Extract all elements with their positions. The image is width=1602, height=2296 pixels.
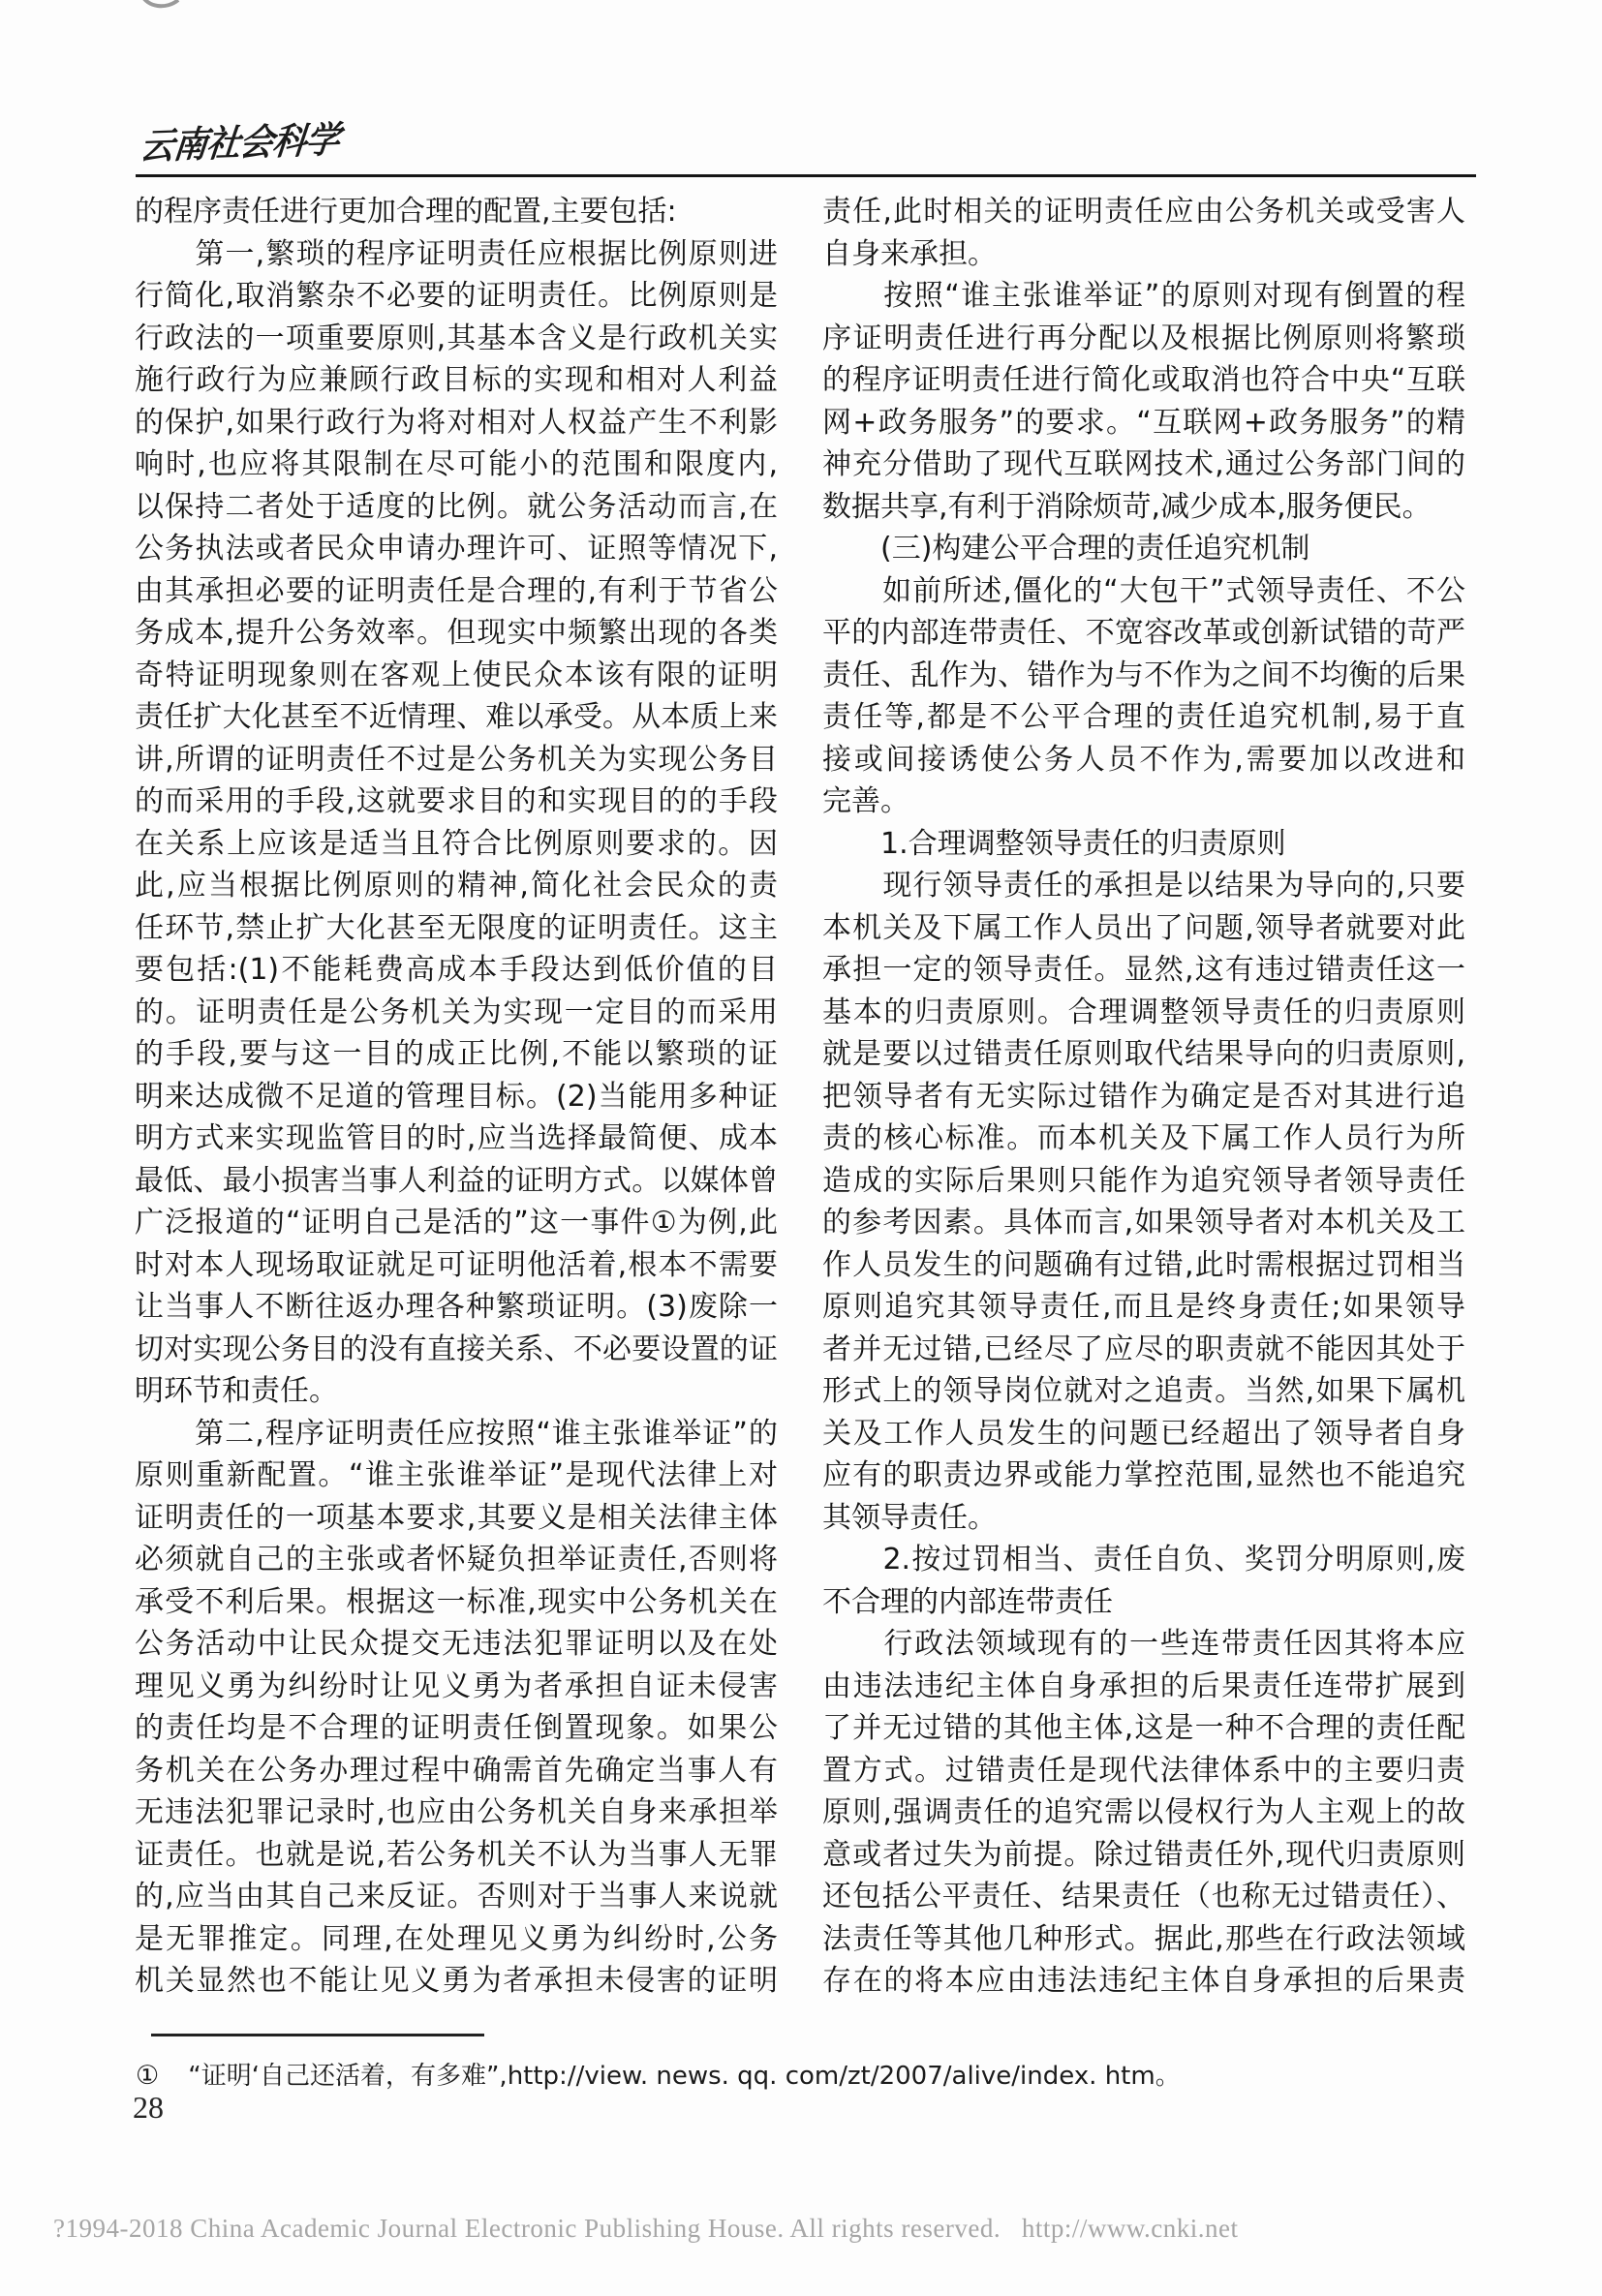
text-line: 责任、乱作为、错作为与不作为之间不均衡的后果	[822, 655, 1465, 697]
page-number: 28	[133, 2090, 164, 2126]
right-column: 责任,此时相关的证明责任应由公务机关或受害人自身来承担。 按照“谁主张谁举证”的…	[822, 191, 1465, 2003]
journal-logo-calligraphy: 云南社会科学	[138, 109, 397, 177]
text-line: 第一,繁琐的程序证明责任应根据比例原则进	[135, 233, 778, 276]
text-line: 第二,程序证明责任应按照“谁主张谁举证”的	[135, 1413, 778, 1455]
scan-artifact	[134, 0, 192, 14]
text-line: 的保护,如果行政行为将对相对人权益产生不利影	[135, 402, 778, 444]
text-line: 要包括:(1)不能耗费高成本手段达到低价值的目	[135, 949, 778, 992]
footnote: ①“证明‘自己还活着，有多难”,http://view. news. qq. c…	[136, 2057, 1482, 2096]
text-line: 基本的归责原则。合理调整领导责任的归责原则	[822, 992, 1465, 1034]
text-line: 把领导者有无实际过错作为确定是否对其进行追	[822, 1076, 1465, 1118]
text-line: 响时,也应将其限制在尽可能小的范围和限度内,	[135, 444, 778, 486]
text-line: 作人员发生的问题确有过错,此时需根据过罚相当	[822, 1244, 1465, 1287]
text-line: 承担一定的领导责任。显然,这有违过错责任这一	[822, 949, 1465, 992]
text-line: 形式上的领导岗位就对之追责。当然,如果下属机	[822, 1370, 1465, 1413]
text-line: 承受不利后果。根据这一标准,现实中公务机关在	[135, 1581, 778, 1624]
text-line: 机关显然也不能让见义勇为者承担未侵害的证明	[135, 1960, 778, 2003]
text-line: 切对实现公务目的没有直接关系、不必要设置的证	[135, 1329, 778, 1371]
text-line: 施行政行为应兼顾行政目标的实现和相对人利益	[135, 359, 778, 402]
text-line: 原则追究其领导责任,而且是终身责任;如果领导	[822, 1286, 1465, 1329]
text-line: 时对本人现场取证就足可证明他活着,根本不需要	[135, 1244, 778, 1287]
text-line: 证责任。也就是说,若公务机关不认为当事人无罪	[135, 1834, 778, 1877]
text-line: 数据共享,有利于消除烦苛,减少成本,服务便民。	[822, 486, 1465, 529]
text-line: 行政法领域现有的一些连带责任因其将本应	[822, 1623, 1465, 1666]
text-line: 务成本,提升公务效率。但现实中频繁出现的各类	[135, 612, 778, 655]
text-line: 最低、最小损害当事人利益的证明方式。以媒体曾	[135, 1160, 778, 1203]
text-line: 应有的职责边界或能力掌控范围,显然也不能追究	[822, 1454, 1465, 1497]
text-line: 不合理的内部连带责任	[822, 1581, 1465, 1624]
text-line: 明环节和责任。	[135, 1370, 778, 1413]
text-line: 责任,此时相关的证明责任应由公务机关或受害人	[822, 191, 1465, 233]
copyright-footer: ?1994-2018 China Academic Journal Electr…	[53, 2214, 1239, 2244]
text-line: 是无罪推定。同理,在处理见义勇为纠纷时,公务	[135, 1918, 778, 1961]
text-line: 以保持二者处于适度的比例。就公务活动而言,在	[135, 486, 778, 529]
text-line: 行简化,取消繁杂不必要的证明责任。比例原则是	[135, 275, 778, 318]
text-line: 神充分借助了现代互联网技术,通过公务部门间的	[822, 444, 1465, 486]
text-line: 讲,所谓的证明责任不过是公务机关为实现公务目	[135, 739, 778, 781]
text-line: 现行领导责任的承担是以结果为导向的,只要	[822, 865, 1465, 907]
text-line: 造成的实际后果则只能作为追究领导者领导责任	[822, 1160, 1465, 1203]
text-line: 平的内部连带责任、不宽容改革或创新试错的苛严	[822, 612, 1465, 655]
text-line: 任环节,禁止扩大化甚至无限度的证明责任。这主	[135, 907, 778, 950]
text-line: 明来达成微不足道的管理目标。(2)当能用多种证	[135, 1076, 778, 1118]
text-line: 让当事人不断往返办理各种繁琐证明。(3)废除一	[135, 1286, 778, 1329]
journal-page: 云南社会科学 的程序责任进行更加合理的配置,主要包括: 第一,繁琐的程序证明责任…	[0, 0, 1602, 2296]
text-line: 责的核心标准。而本机关及下属工作人员行为所	[822, 1117, 1465, 1160]
text-line: 务机关在公务办理过程中确需首先确定当事人有	[135, 1750, 778, 1792]
text-line: 由其承担必要的证明责任是合理的,有利于节省公	[135, 570, 778, 613]
text-line: 在关系上应该是适当且符合比例原则要求的。因	[135, 823, 778, 866]
text-line: 无违法犯罪记录时,也应由公务机关自身来承担举	[135, 1791, 778, 1834]
text-line: 如前所述,僵化的“大包干”式领导责任、不公	[822, 570, 1465, 613]
text-line: 的程序证明责任进行简化或取消也符合中央“互联	[822, 359, 1465, 402]
text-line: 意或者过失为前提。除过错责任外,现代归责原则	[822, 1834, 1465, 1877]
text-line: 序证明责任进行再分配以及根据比例原则将繁琐	[822, 318, 1465, 360]
text-line: 必须就自己的主张或者怀疑负担举证责任,否则将	[135, 1539, 778, 1581]
text-line: 2.按过罚相当、责任自负、奖罚分明原则,废除	[822, 1539, 1465, 1581]
text-line: 存在的将本应由违法违纪主体自身承担的后果责	[822, 1960, 1465, 2003]
text-line: 者并无过错,已经尽了应尽的职责就不能因其处于	[822, 1329, 1465, 1371]
text-line: (三)构建公平合理的责任追究机制	[822, 528, 1465, 570]
text-line: 明方式来实现监管目的时,应当选择最简便、成本	[135, 1117, 778, 1160]
text-line: 就是要以过错责任原则取代结果导向的归责原则,	[822, 1033, 1465, 1076]
text-line: 的参考因素。具体而言,如果领导者对本机关及工	[822, 1202, 1465, 1244]
text-line: 法责任等其他几种形式。据此,那些在行政法领域	[822, 1918, 1465, 1961]
header-rule	[136, 174, 1476, 177]
text-line: 接或间接诱使公务人员不作为,需要加以改进和	[822, 739, 1465, 781]
text-line: 其领导责任。	[822, 1497, 1465, 1540]
text-line: 责任扩大化甚至不近情理、难以承受。从本质上来	[135, 696, 778, 739]
footnote-text: “证明‘自己还活着，有多难”,http://view. news. qq. co…	[188, 2062, 1181, 2091]
text-line: 了并无过错的其他主体,这是一种不合理的责任配	[822, 1707, 1465, 1750]
text-line: 行政法的一项重要原则,其基本含义是行政机关实	[135, 318, 778, 360]
text-line: 证明责任的一项基本要求,其要义是相关法律主体	[135, 1497, 778, 1540]
text-line: 理见义勇为纠纷时让见义勇为者承担自证未侵害	[135, 1666, 778, 1708]
text-line: 责任等,都是不公平合理的责任追究机制,易于直	[822, 696, 1465, 739]
text-line: 本机关及下属工作人员出了问题,领导者就要对此	[822, 907, 1465, 950]
text-line: 按照“谁主张谁举证”的原则对现有倒置的程	[822, 275, 1465, 318]
text-line: 完善。	[822, 781, 1465, 823]
text-line: 关及工作人员发生的问题已经超出了领导者自身	[822, 1413, 1465, 1455]
text-line: 原则重新配置。“谁主张谁举证”是现代法律上对	[135, 1454, 778, 1497]
text-line: 由违法违纪主体自身承担的后果责任连带扩展到	[822, 1666, 1465, 1708]
text-line: 此,应当根据比例原则的精神,简化社会民众的责	[135, 865, 778, 907]
text-line: 自身来承担。	[822, 233, 1465, 276]
text-line: 的,应当由其自己来反证。否则对于当事人来说就	[135, 1876, 778, 1918]
text-line: 的手段,要与这一目的成正比例,不能以繁琐的证	[135, 1033, 778, 1076]
text-line: 网+政务服务”的要求。“互联网+政务服务”的精	[822, 402, 1465, 444]
text-line: 公务执法或者民众申请办理许可、证照等情况下,	[135, 528, 778, 570]
text-line: 的而采用的手段,这就要求目的和实现目的的手段	[135, 781, 778, 823]
left-column: 的程序责任进行更加合理的配置,主要包括: 第一,繁琐的程序证明责任应根据比例原则…	[135, 191, 778, 2003]
text-line: 的程序责任进行更加合理的配置,主要包括:	[135, 191, 778, 233]
footnote-separator	[151, 2034, 484, 2036]
text-line: 原则,强调责任的追究需以侵权行为人主观上的故	[822, 1791, 1465, 1834]
text-line: 1.合理调整领导责任的归责原则	[822, 823, 1465, 866]
text-line: 公务活动中让民众提交无违法犯罪证明以及在处	[135, 1623, 778, 1666]
text-line: 还包括公平责任、结果责任（也称无过错责任）、违	[822, 1876, 1465, 1918]
text-line: 广泛报道的“证明自己是活的”这一事件①为例,此	[135, 1202, 778, 1244]
text-line: 置方式。过错责任是现代法律体系中的主要归责	[822, 1750, 1465, 1792]
text-line: 的责任均是不合理的证明责任倒置现象。如果公	[135, 1707, 778, 1750]
text-line: 奇特证明现象则在客观上使民众本该有限的证明	[135, 655, 778, 697]
text-line: 的。证明责任是公务机关为实现一定目的而采用	[135, 992, 778, 1034]
